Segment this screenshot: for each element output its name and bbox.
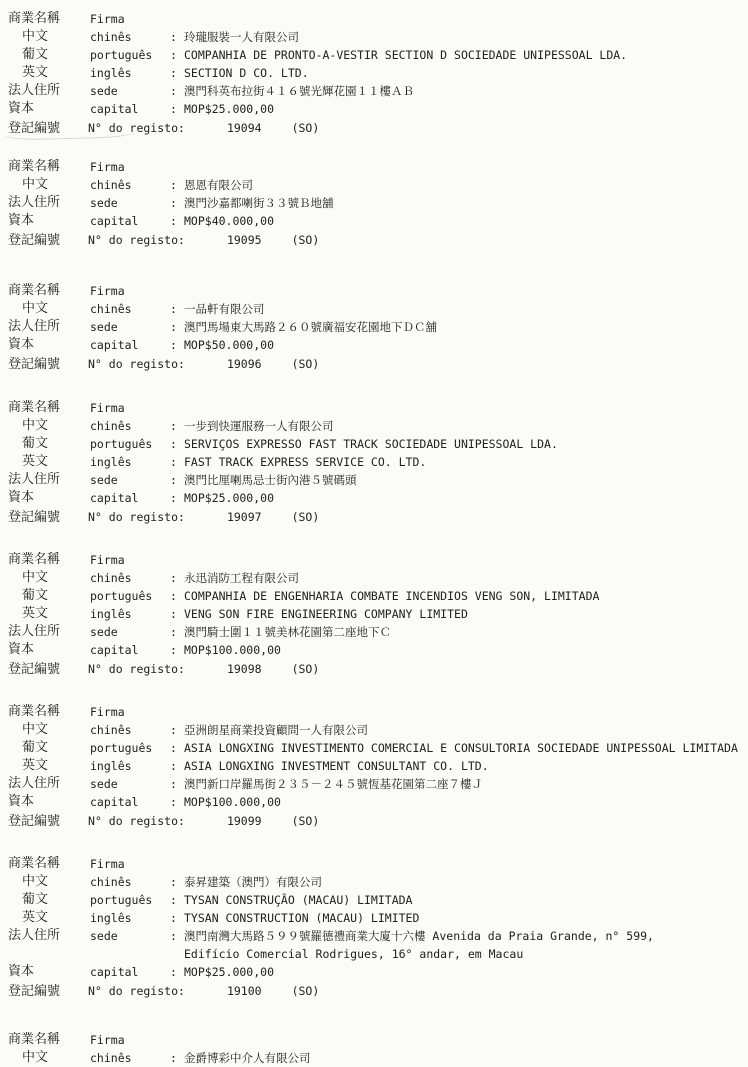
chinese-name-value-cell: :一品軒有限公司 xyxy=(170,300,748,318)
label-pt-english-name: inglês xyxy=(90,64,170,82)
label-zh-firma: 商業名稱 xyxy=(8,551,90,569)
label-pt-capital: capital xyxy=(90,641,170,659)
portuguese-name-value-cell: :SERVIÇOS EXPRESSO FAST TRACK SOCIEDADE … xyxy=(170,435,748,453)
field-row-chinese-name: 中文chinês:亞洲朗星商業投資顧問一人有限公司 xyxy=(8,721,748,739)
chinese-name-value-line: :恩恩有限公司 xyxy=(170,176,748,194)
address-value-cell: :澳門比厘喇馬忌士街內港５號碼頭 xyxy=(170,471,748,489)
chinese-name-value: 恩恩有限公司 xyxy=(184,178,253,192)
address-value-line: :澳門新口岸羅馬街２３５－２４５號恆基花園第二座７樓Ｊ xyxy=(170,775,748,793)
address-value: 澳門新口岸羅馬街２３５－２４５號恆基花園第二座７樓Ｊ xyxy=(184,777,483,791)
colon-separator: : xyxy=(170,28,184,46)
field-row-capital: 資本capital:MOP$50.000,00 xyxy=(8,336,748,354)
field-row-registration: 登記編號N° do registo:19099(SO) xyxy=(8,811,748,831)
field-row-english-name: 英文inglês:FAST TRACK EXPRESS SERVICE CO. … xyxy=(8,453,748,471)
field-row-firma: 商業名稱Firma xyxy=(8,399,748,417)
label-pt-firma: Firma xyxy=(90,282,170,300)
portuguese-name-value: ASIA LONGXING INVESTIMENTO COMERCIAL E C… xyxy=(184,741,738,755)
field-row-registration: 登記編號N° do registo:19094(SO) xyxy=(8,118,748,138)
field-row-english-name: 英文inglês:VENG SON FIRE ENGINEERING COMPA… xyxy=(8,605,748,623)
field-row-portuguese-name: 葡文português:COMPANHIA DE PRONTO-A-VESTIR… xyxy=(8,46,748,64)
address-value-cell: :澳門南灣大馬路５９９號羅德禮商業大廈十六樓 Avenida da Praia … xyxy=(170,927,748,963)
label-pt-portuguese-name: português xyxy=(90,739,170,757)
label-zh-address: 法人住所 xyxy=(8,194,90,212)
capital-value: MOP$25.000,00 xyxy=(184,965,274,979)
label-zh-registration: 登記編號 xyxy=(8,232,88,250)
registration-number: 19099 xyxy=(227,814,262,828)
label-zh-registration: 登記編號 xyxy=(8,356,88,374)
portuguese-name-value: COMPANHIA DE PRONTO-A-VESTIR SECTION D S… xyxy=(184,48,627,62)
chinese-name-value-cell: :永迅消防工程有限公司 xyxy=(170,569,748,587)
registration-number: 19097 xyxy=(227,510,262,524)
label-zh-firma: 商業名稱 xyxy=(8,703,90,721)
address-value-cell: :澳門騎士圍１１號美林花園第二座地下Ｃ xyxy=(170,623,748,641)
chinese-name-value-line: :一步到快運服務一人有限公司 xyxy=(170,417,748,435)
label-zh-portuguese-name: 葡文 xyxy=(8,46,90,64)
label-pt-firma: Firma xyxy=(90,1031,170,1049)
label-zh-firma: 商業名稱 xyxy=(8,399,90,417)
field-row-capital: 資本capital:MOP$100.000,00 xyxy=(8,641,748,659)
capital-value-line: :MOP$100.000,00 xyxy=(170,793,748,811)
company-entry: 商業名稱Firma中文chinês:玲瓏服裝一人有限公司葡文português:… xyxy=(8,10,748,138)
field-row-address: 法人住所sede:澳門馬場東大馬路２６０號廣福安花園地下ＤＣ舖 xyxy=(8,318,748,336)
label-pt-address: sede xyxy=(90,927,170,963)
colon-separator: : xyxy=(170,569,184,587)
chinese-name-value-line: :泰昇建築（澳門）有限公司 xyxy=(170,873,748,891)
label-pt-firma: Firma xyxy=(90,703,170,721)
field-row-address: 法人住所sede:澳門新口岸羅馬街２３５－２４５號恆基花園第二座７樓Ｊ xyxy=(8,775,748,793)
label-zh-registration: 登記編號 xyxy=(8,983,88,1001)
firma-value-cell xyxy=(170,10,748,28)
colon-separator: : xyxy=(170,909,184,927)
capital-value-cell: :MOP$25.000,00 xyxy=(170,100,748,118)
label-zh-chinese-name: 中文 xyxy=(8,569,90,587)
address-value: Edifício Comercial Rodrigues, 16° andar,… xyxy=(184,947,523,961)
label-zh-capital: 資本 xyxy=(8,641,90,659)
label-pt-english-name: inglês xyxy=(90,909,170,927)
label-pt-chinese-name: chinês xyxy=(90,721,170,739)
colon-separator: : xyxy=(170,417,184,435)
field-row-firma: 商業名稱Firma xyxy=(8,10,748,28)
field-row-chinese-name: 中文chinês:一步到快運服務一人有限公司 xyxy=(8,417,748,435)
field-row-address: 法人住所sede:澳門科英布拉街４１６號光輝花園１１樓ＡＢ xyxy=(8,82,748,100)
address-value-line: :澳門科英布拉街４１６號光輝花園１１樓ＡＢ xyxy=(170,82,748,100)
capital-value-line: :MOP$25.000,00 xyxy=(170,489,748,507)
firma-value-cell xyxy=(170,399,748,417)
firma-value-cell xyxy=(170,1031,748,1049)
company-entry: 商業名稱Firma中文chinês:恩恩有限公司法人住所sede:澳門沙嘉都喇街… xyxy=(8,158,748,250)
firma-value-cell xyxy=(170,703,748,721)
company-entry: 商業名稱Firma中文chinês:金爵博彩中介人有限公司 xyxy=(8,1031,748,1067)
capital-value: MOP$50.000,00 xyxy=(184,338,274,352)
label-zh-english-name: 英文 xyxy=(8,605,90,623)
chinese-name-value: 玲瓏服裝一人有限公司 xyxy=(184,30,299,44)
field-row-registration: 登記編號N° do registo:19097(SO) xyxy=(8,507,748,527)
colon-separator: : xyxy=(170,194,184,212)
label-pt-capital: capital xyxy=(90,212,170,230)
registration-number: 19098 xyxy=(227,662,262,676)
chinese-name-value-line: :一品軒有限公司 xyxy=(170,300,748,318)
field-row-registration: 登記編號N° do registo:19098(SO) xyxy=(8,659,748,679)
label-zh-address: 法人住所 xyxy=(8,82,90,100)
capital-value-line: :MOP$100.000,00 xyxy=(170,641,748,659)
address-value-cell: :澳門馬場東大馬路２６０號廣福安花園地下ＤＣ舖 xyxy=(170,318,748,336)
address-value-line: :澳門騎士圍１１號美林花園第二座地下Ｃ xyxy=(170,623,748,641)
label-zh-chinese-name: 中文 xyxy=(8,873,90,891)
label-pt-portuguese-name: português xyxy=(90,435,170,453)
portuguese-name-value-cell: :COMPANHIA DE ENGENHARIA COMBATE INCENDI… xyxy=(170,587,748,605)
label-zh-firma: 商業名稱 xyxy=(8,10,90,28)
label-pt-registration: N° do registo: xyxy=(88,812,185,830)
field-row-firma: 商業名稱Firma xyxy=(8,703,748,721)
company-entry: 商業名稱Firma中文chinês:泰昇建築（澳門）有限公司葡文portuguê… xyxy=(8,855,748,1001)
firma-value-cell xyxy=(170,282,748,300)
label-zh-chinese-name: 中文 xyxy=(8,176,90,194)
colon-separator: : xyxy=(170,1049,184,1067)
field-row-firma: 商業名稱Firma xyxy=(8,551,748,569)
english-name-value-line: :TYSAN CONSTRUCTION (MACAU) LIMITED xyxy=(170,909,748,927)
field-row-capital: 資本capital:MOP$25.000,00 xyxy=(8,100,748,118)
label-zh-firma: 商業名稱 xyxy=(8,1031,90,1049)
address-value: 澳門騎士圍１１號美林花園第二座地下Ｃ xyxy=(184,625,391,639)
field-row-registration: 登記編號N° do registo:19095(SO) xyxy=(8,230,748,250)
label-pt-capital: capital xyxy=(90,793,170,811)
colon-separator: : xyxy=(170,721,184,739)
label-pt-address: sede xyxy=(90,471,170,489)
label-pt-chinese-name: chinês xyxy=(90,569,170,587)
label-pt-firma: Firma xyxy=(90,855,170,873)
label-pt-address: sede xyxy=(90,82,170,100)
label-pt-chinese-name: chinês xyxy=(90,28,170,46)
label-pt-capital: capital xyxy=(90,336,170,354)
english-name-value-line: :FAST TRACK EXPRESS SERVICE CO. LTD. xyxy=(170,453,748,471)
field-row-portuguese-name: 葡文português:COMPANHIA DE ENGENHARIA COMB… xyxy=(8,587,748,605)
colon-separator: : xyxy=(170,757,184,775)
label-pt-chinese-name: chinês xyxy=(90,1049,170,1067)
field-row-english-name: 英文inglês:TYSAN CONSTRUCTION (MACAU) LIMI… xyxy=(8,909,748,927)
label-zh-english-name: 英文 xyxy=(8,757,90,775)
label-zh-capital: 資本 xyxy=(8,489,90,507)
capital-value-cell: :MOP$25.000,00 xyxy=(170,489,748,507)
label-pt-portuguese-name: português xyxy=(90,587,170,605)
label-zh-capital: 資本 xyxy=(8,793,90,811)
chinese-name-value-cell: :恩恩有限公司 xyxy=(170,176,748,194)
english-name-value: TYSAN CONSTRUCTION (MACAU) LIMITED xyxy=(184,911,419,925)
label-pt-address: sede xyxy=(90,775,170,793)
chinese-name-value: 一步到快運服務一人有限公司 xyxy=(184,419,334,433)
registration-suffix: (SO) xyxy=(292,984,320,998)
field-row-address: 法人住所sede:澳門比厘喇馬忌士街內港５號碼頭 xyxy=(8,471,748,489)
colon-separator: : xyxy=(170,82,184,100)
document-page: 商業名稱Firma中文chinês:玲瓏服裝一人有限公司葡文português:… xyxy=(0,0,748,1067)
field-row-address: 法人住所sede:澳門南灣大馬路５９９號羅德禮商業大廈十六樓 Avenida d… xyxy=(8,927,748,963)
colon-separator: : xyxy=(170,64,184,82)
portuguese-name-value-line: :SERVIÇOS EXPRESSO FAST TRACK SOCIEDADE … xyxy=(170,435,748,453)
address-value-line: :澳門馬場東大馬路２６０號廣福安花園地下ＤＣ舖 xyxy=(170,318,748,336)
company-entry: 商業名稱Firma中文chinês:亞洲朗星商業投資顧問一人有限公司葡文port… xyxy=(8,703,748,831)
chinese-name-value: 亞洲朗星商業投資顧問一人有限公司 xyxy=(184,723,368,737)
label-zh-portuguese-name: 葡文 xyxy=(8,435,90,453)
english-name-value: ASIA LONGXING INVESTMENT CONSULTANT CO. … xyxy=(184,759,489,773)
label-zh-capital: 資本 xyxy=(8,212,90,230)
label-zh-registration: 登記編號 xyxy=(8,120,88,138)
field-row-portuguese-name: 葡文português:ASIA LONGXING INVESTIMENTO C… xyxy=(8,739,748,757)
colon-separator: : xyxy=(170,212,184,230)
registration-suffix: (SO) xyxy=(292,510,320,524)
english-name-value: VENG SON FIRE ENGINEERING COMPANY LIMITE… xyxy=(184,607,468,621)
english-name-value-line: :VENG SON FIRE ENGINEERING COMPANY LIMIT… xyxy=(170,605,748,623)
colon-separator: : xyxy=(170,336,184,354)
label-pt-chinese-name: chinês xyxy=(90,300,170,318)
chinese-name-value-cell: :金爵博彩中介人有限公司 xyxy=(170,1049,748,1067)
chinese-name-value-cell: :一步到快運服務一人有限公司 xyxy=(170,417,748,435)
capital-value: MOP$100.000,00 xyxy=(184,795,281,809)
label-pt-firma: Firma xyxy=(90,551,170,569)
chinese-name-value: 一品軒有限公司 xyxy=(184,302,265,316)
field-row-address: 法人住所sede:澳門騎士圍１１號美林花園第二座地下Ｃ xyxy=(8,623,748,641)
capital-value: MOP$40.000,00 xyxy=(184,214,274,228)
capital-value: MOP$25.000,00 xyxy=(184,491,274,505)
field-row-capital: 資本capital:MOP$100.000,00 xyxy=(8,793,748,811)
colon-separator: : xyxy=(170,318,184,336)
company-entry: 商業名稱Firma中文chinês:一步到快運服務一人有限公司葡文portugu… xyxy=(8,399,748,527)
english-name-value-cell: :FAST TRACK EXPRESS SERVICE CO. LTD. xyxy=(170,453,748,471)
field-row-address: 法人住所sede:澳門沙嘉都喇街３３號Ｂ地舖 xyxy=(8,194,748,212)
field-row-chinese-name: 中文chinês:泰昇建築（澳門）有限公司 xyxy=(8,873,748,891)
label-zh-address: 法人住所 xyxy=(8,471,90,489)
address-value: 澳門科英布拉街４１６號光輝花園１１樓ＡＢ xyxy=(184,84,414,98)
label-pt-registration: N° do registo: xyxy=(88,508,185,526)
registration-suffix: (SO) xyxy=(292,121,320,135)
registration-suffix: (SO) xyxy=(292,814,320,828)
capital-value-cell: :MOP$25.000,00 xyxy=(170,963,748,981)
label-zh-capital: 資本 xyxy=(8,100,90,118)
label-pt-capital: capital xyxy=(90,100,170,118)
label-pt-portuguese-name: português xyxy=(90,46,170,64)
colon-separator: : xyxy=(170,100,184,118)
label-pt-capital: capital xyxy=(90,489,170,507)
chinese-name-value-cell: :亞洲朗星商業投資顧問一人有限公司 xyxy=(170,721,748,739)
chinese-name-value-cell: :泰昇建築（澳門）有限公司 xyxy=(170,873,748,891)
registration-suffix: (SO) xyxy=(292,662,320,676)
address-value: 澳門馬場東大馬路２６０號廣福安花園地下ＤＣ舖 xyxy=(184,320,437,334)
label-zh-portuguese-name: 葡文 xyxy=(8,891,90,909)
field-row-chinese-name: 中文chinês:金爵博彩中介人有限公司 xyxy=(8,1049,748,1067)
capital-value-cell: :MOP$40.000,00 xyxy=(170,212,748,230)
field-row-capital: 資本capital:MOP$25.000,00 xyxy=(8,489,748,507)
english-name-value-cell: :VENG SON FIRE ENGINEERING COMPANY LIMIT… xyxy=(170,605,748,623)
field-row-firma: 商業名稱Firma xyxy=(8,1031,748,1049)
address-value: 澳門比厘喇馬忌士街內港５號碼頭 xyxy=(184,473,357,487)
label-zh-english-name: 英文 xyxy=(8,64,90,82)
colon-separator: : xyxy=(170,775,184,793)
portuguese-name-value-cell: :TYSAN CONSTRUÇÃO (MACAU) LIMITADA xyxy=(170,891,748,909)
label-zh-address: 法人住所 xyxy=(8,775,90,793)
field-row-capital: 資本capital:MOP$25.000,00 xyxy=(8,963,748,981)
field-row-english-name: 英文inglês:ASIA LONGXING INVESTMENT CONSUL… xyxy=(8,757,748,775)
field-row-chinese-name: 中文chinês:恩恩有限公司 xyxy=(8,176,748,194)
capital-value-cell: :MOP$100.000,00 xyxy=(170,793,748,811)
registration-number: 19096 xyxy=(227,357,262,371)
colon-separator: : xyxy=(170,605,184,623)
colon-separator: : xyxy=(170,453,184,471)
address-value-cell: :澳門新口岸羅馬街２３５－２４５號恆基花園第二座７樓Ｊ xyxy=(170,775,748,793)
portuguese-name-value-line: :COMPANHIA DE PRONTO-A-VESTIR SECTION D … xyxy=(170,46,748,64)
portuguese-name-value-line: :ASIA LONGXING INVESTIMENTO COMERCIAL E … xyxy=(170,739,748,757)
colon-separator: : xyxy=(170,739,184,757)
capital-value: MOP$100.000,00 xyxy=(184,643,281,657)
label-pt-portuguese-name: português xyxy=(90,891,170,909)
label-pt-english-name: inglês xyxy=(90,757,170,775)
colon-separator: : xyxy=(170,641,184,659)
english-name-value-cell: :TYSAN CONSTRUCTION (MACAU) LIMITED xyxy=(170,909,748,927)
label-zh-firma: 商業名稱 xyxy=(8,855,90,873)
chinese-name-value-line: :玲瓏服裝一人有限公司 xyxy=(170,28,748,46)
registration-number: 19100 xyxy=(227,984,262,998)
address-value-line: :澳門比厘喇馬忌士街內港５號碼頭 xyxy=(170,471,748,489)
colon-separator: : xyxy=(170,873,184,891)
label-zh-chinese-name: 中文 xyxy=(8,28,90,46)
chinese-name-value: 永迅消防工程有限公司 xyxy=(184,571,299,585)
english-name-value: SECTION D CO. LTD. xyxy=(184,66,309,80)
field-row-portuguese-name: 葡文português:TYSAN CONSTRUÇÃO (MACAU) LIM… xyxy=(8,891,748,909)
address-value: 澳門沙嘉都喇街３３號Ｂ地舖 xyxy=(184,196,334,210)
english-name-value-line: :SECTION D CO. LTD. xyxy=(170,64,748,82)
registration-number: 19094 xyxy=(227,121,262,135)
label-zh-address: 法人住所 xyxy=(8,927,90,963)
firma-value-cell xyxy=(170,855,748,873)
colon-separator: : xyxy=(170,46,184,64)
chinese-name-value-line: :亞洲朗星商業投資顧問一人有限公司 xyxy=(170,721,748,739)
label-pt-capital: capital xyxy=(90,963,170,981)
capital-value-line: :MOP$40.000,00 xyxy=(170,212,748,230)
label-zh-capital: 資本 xyxy=(8,336,90,354)
label-pt-registration: N° do registo: xyxy=(88,119,185,137)
colon-separator: : xyxy=(170,435,184,453)
label-zh-firma: 商業名稱 xyxy=(8,282,90,300)
field-row-capital: 資本capital:MOP$40.000,00 xyxy=(8,212,748,230)
entries-container: 商業名稱Firma中文chinês:玲瓏服裝一人有限公司葡文português:… xyxy=(8,10,748,1067)
address-value-line: :澳門南灣大馬路５９９號羅德禮商業大廈十六樓 Avenida da Praia … xyxy=(170,927,748,945)
label-pt-chinese-name: chinês xyxy=(90,873,170,891)
colon-separator: : xyxy=(170,300,184,318)
chinese-name-value-line: :金爵博彩中介人有限公司 xyxy=(170,1049,748,1067)
portuguese-name-value-cell: :COMPANHIA DE PRONTO-A-VESTIR SECTION D … xyxy=(170,46,748,64)
label-pt-registration: N° do registo: xyxy=(88,355,185,373)
address-value-line: Edifício Comercial Rodrigues, 16° andar,… xyxy=(170,945,748,963)
colon-separator: : xyxy=(170,587,184,605)
colon-separator: : xyxy=(170,623,184,641)
portuguese-name-value-line: :TYSAN CONSTRUÇÃO (MACAU) LIMITADA xyxy=(170,891,748,909)
field-row-registration: 登記編號N° do registo:19096(SO) xyxy=(8,354,748,374)
portuguese-name-value-line: :COMPANHIA DE ENGENHARIA COMBATE INCENDI… xyxy=(170,587,748,605)
label-pt-firma: Firma xyxy=(90,10,170,28)
capital-value-line: :MOP$50.000,00 xyxy=(170,336,748,354)
label-pt-firma: Firma xyxy=(90,158,170,176)
address-value: 澳門南灣大馬路５９９號羅德禮商業大廈十六樓 Avenida da Praia G… xyxy=(184,929,654,943)
label-zh-english-name: 英文 xyxy=(8,453,90,471)
colon-separator: : xyxy=(170,176,184,194)
label-pt-address: sede xyxy=(90,623,170,641)
label-pt-firma: Firma xyxy=(90,399,170,417)
label-zh-registration: 登記編號 xyxy=(8,813,88,831)
portuguese-name-value: COMPANHIA DE ENGENHARIA COMBATE INCENDIO… xyxy=(184,589,599,603)
label-pt-registration: N° do registo: xyxy=(88,231,185,249)
label-pt-chinese-name: chinês xyxy=(90,176,170,194)
field-row-chinese-name: 中文chinês:一品軒有限公司 xyxy=(8,300,748,318)
registration-suffix: (SO) xyxy=(292,233,320,247)
address-value-line: :澳門沙嘉都喇街３３號Ｂ地舖 xyxy=(170,194,748,212)
label-zh-portuguese-name: 葡文 xyxy=(8,739,90,757)
label-pt-chinese-name: chinês xyxy=(90,417,170,435)
label-zh-portuguese-name: 葡文 xyxy=(8,587,90,605)
english-name-value-cell: :SECTION D CO. LTD. xyxy=(170,64,748,82)
colon-separator: : xyxy=(170,891,184,909)
field-row-firma: 商業名稱Firma xyxy=(8,158,748,176)
colon-separator: : xyxy=(170,471,184,489)
label-zh-capital: 資本 xyxy=(8,963,90,981)
capital-value-cell: :MOP$100.000,00 xyxy=(170,641,748,659)
chinese-name-value-cell: :玲瓏服裝一人有限公司 xyxy=(170,28,748,46)
field-row-portuguese-name: 葡文português:SERVIÇOS EXPRESSO FAST TRACK… xyxy=(8,435,748,453)
label-pt-address: sede xyxy=(90,318,170,336)
field-row-firma: 商業名稱Firma xyxy=(8,855,748,873)
registration-number: 19095 xyxy=(227,233,262,247)
label-pt-english-name: inglês xyxy=(90,605,170,623)
chinese-name-value: 泰昇建築（澳門）有限公司 xyxy=(184,875,322,889)
address-value-cell: :澳門科英布拉街４１６號光輝花園１１樓ＡＢ xyxy=(170,82,748,100)
label-zh-registration: 登記編號 xyxy=(8,661,88,679)
company-entry: 商業名稱Firma中文chinês:永迅消防工程有限公司葡文português:… xyxy=(8,551,748,679)
firma-value-cell xyxy=(170,551,748,569)
label-zh-chinese-name: 中文 xyxy=(8,721,90,739)
portuguese-name-value: SERVIÇOS EXPRESSO FAST TRACK SOCIEDADE U… xyxy=(184,437,558,451)
field-row-chinese-name: 中文chinês:永迅消防工程有限公司 xyxy=(8,569,748,587)
company-entry: 商業名稱Firma中文chinês:一品軒有限公司法人住所sede:澳門馬場東大… xyxy=(8,282,748,374)
firma-value-cell xyxy=(170,158,748,176)
field-row-registration: 登記編號N° do registo:19100(SO) xyxy=(8,981,748,1001)
label-pt-english-name: inglês xyxy=(90,453,170,471)
colon-separator: : xyxy=(170,963,184,981)
capital-value: MOP$25.000,00 xyxy=(184,102,274,116)
colon-separator: : xyxy=(170,489,184,507)
label-pt-registration: N° do registo: xyxy=(88,982,185,1000)
label-pt-address: sede xyxy=(90,194,170,212)
capital-value-line: :MOP$25.000,00 xyxy=(170,100,748,118)
label-zh-address: 法人住所 xyxy=(8,623,90,641)
capital-value-line: :MOP$25.000,00 xyxy=(170,963,748,981)
english-name-value-line: :ASIA LONGXING INVESTMENT CONSULTANT CO.… xyxy=(170,757,748,775)
label-zh-registration: 登記編號 xyxy=(8,509,88,527)
label-zh-firma: 商業名稱 xyxy=(8,158,90,176)
capital-value-cell: :MOP$50.000,00 xyxy=(170,336,748,354)
english-name-value-cell: :ASIA LONGXING INVESTMENT CONSULTANT CO.… xyxy=(170,757,748,775)
portuguese-name-value: TYSAN CONSTRUÇÃO (MACAU) LIMITADA xyxy=(184,893,412,907)
portuguese-name-value-cell: :ASIA LONGXING INVESTIMENTO COMERCIAL E … xyxy=(170,739,748,757)
colon-separator: : xyxy=(170,793,184,811)
label-zh-chinese-name: 中文 xyxy=(8,417,90,435)
field-row-chinese-name: 中文chinês:玲瓏服裝一人有限公司 xyxy=(8,28,748,46)
registration-suffix: (SO) xyxy=(292,357,320,371)
label-pt-registration: N° do registo: xyxy=(88,660,185,678)
label-zh-chinese-name: 中文 xyxy=(8,1049,90,1067)
field-row-english-name: 英文inglês:SECTION D CO. LTD. xyxy=(8,64,748,82)
label-zh-chinese-name: 中文 xyxy=(8,300,90,318)
chinese-name-value: 金爵博彩中介人有限公司 xyxy=(184,1051,311,1065)
colon-separator: : xyxy=(170,927,184,945)
chinese-name-value-line: :永迅消防工程有限公司 xyxy=(170,569,748,587)
field-row-firma: 商業名稱Firma xyxy=(8,282,748,300)
label-zh-english-name: 英文 xyxy=(8,909,90,927)
